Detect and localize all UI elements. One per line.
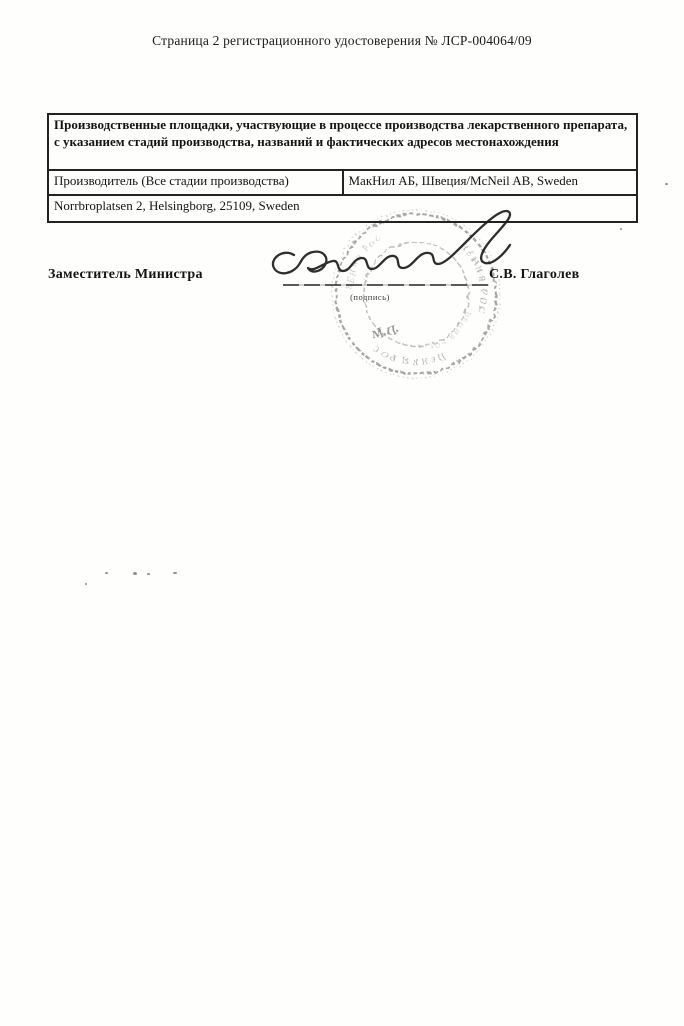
producer-value-cell: МакНил АБ, Швеция/McNeil AB, Sweden (343, 170, 638, 195)
document-page: Страница 2 регистрационного удостоверени… (0, 0, 684, 1026)
scan-speck (133, 572, 137, 575)
table-header-cell: Производственные площадки, участвующие в… (48, 114, 637, 170)
table-row: Производственные площадки, участвующие в… (48, 114, 637, 170)
stamp-mp-text: М.П. (370, 322, 400, 342)
stamp-inner-text: НЕНИЯ РОС (426, 310, 473, 353)
signature-stroke (273, 211, 510, 273)
table-row: Производитель (Все стадии производства) … (48, 170, 637, 195)
scan-speck (173, 572, 177, 574)
scan-speck (620, 228, 622, 230)
handwritten-signature (256, 203, 541, 298)
scan-speck (147, 573, 150, 575)
producer-label-cell: Производитель (Все стадии производства) (48, 170, 343, 195)
page-header: Страница 2 регистрационного удостоверени… (0, 33, 684, 49)
scan-speck (665, 183, 668, 185)
scan-speck (85, 583, 87, 585)
scan-speck (105, 572, 108, 574)
svg-text:НЕНИЯ РОС: НЕНИЯ РОС (426, 310, 473, 353)
signatory-title: Заместитель Министра (48, 267, 203, 283)
